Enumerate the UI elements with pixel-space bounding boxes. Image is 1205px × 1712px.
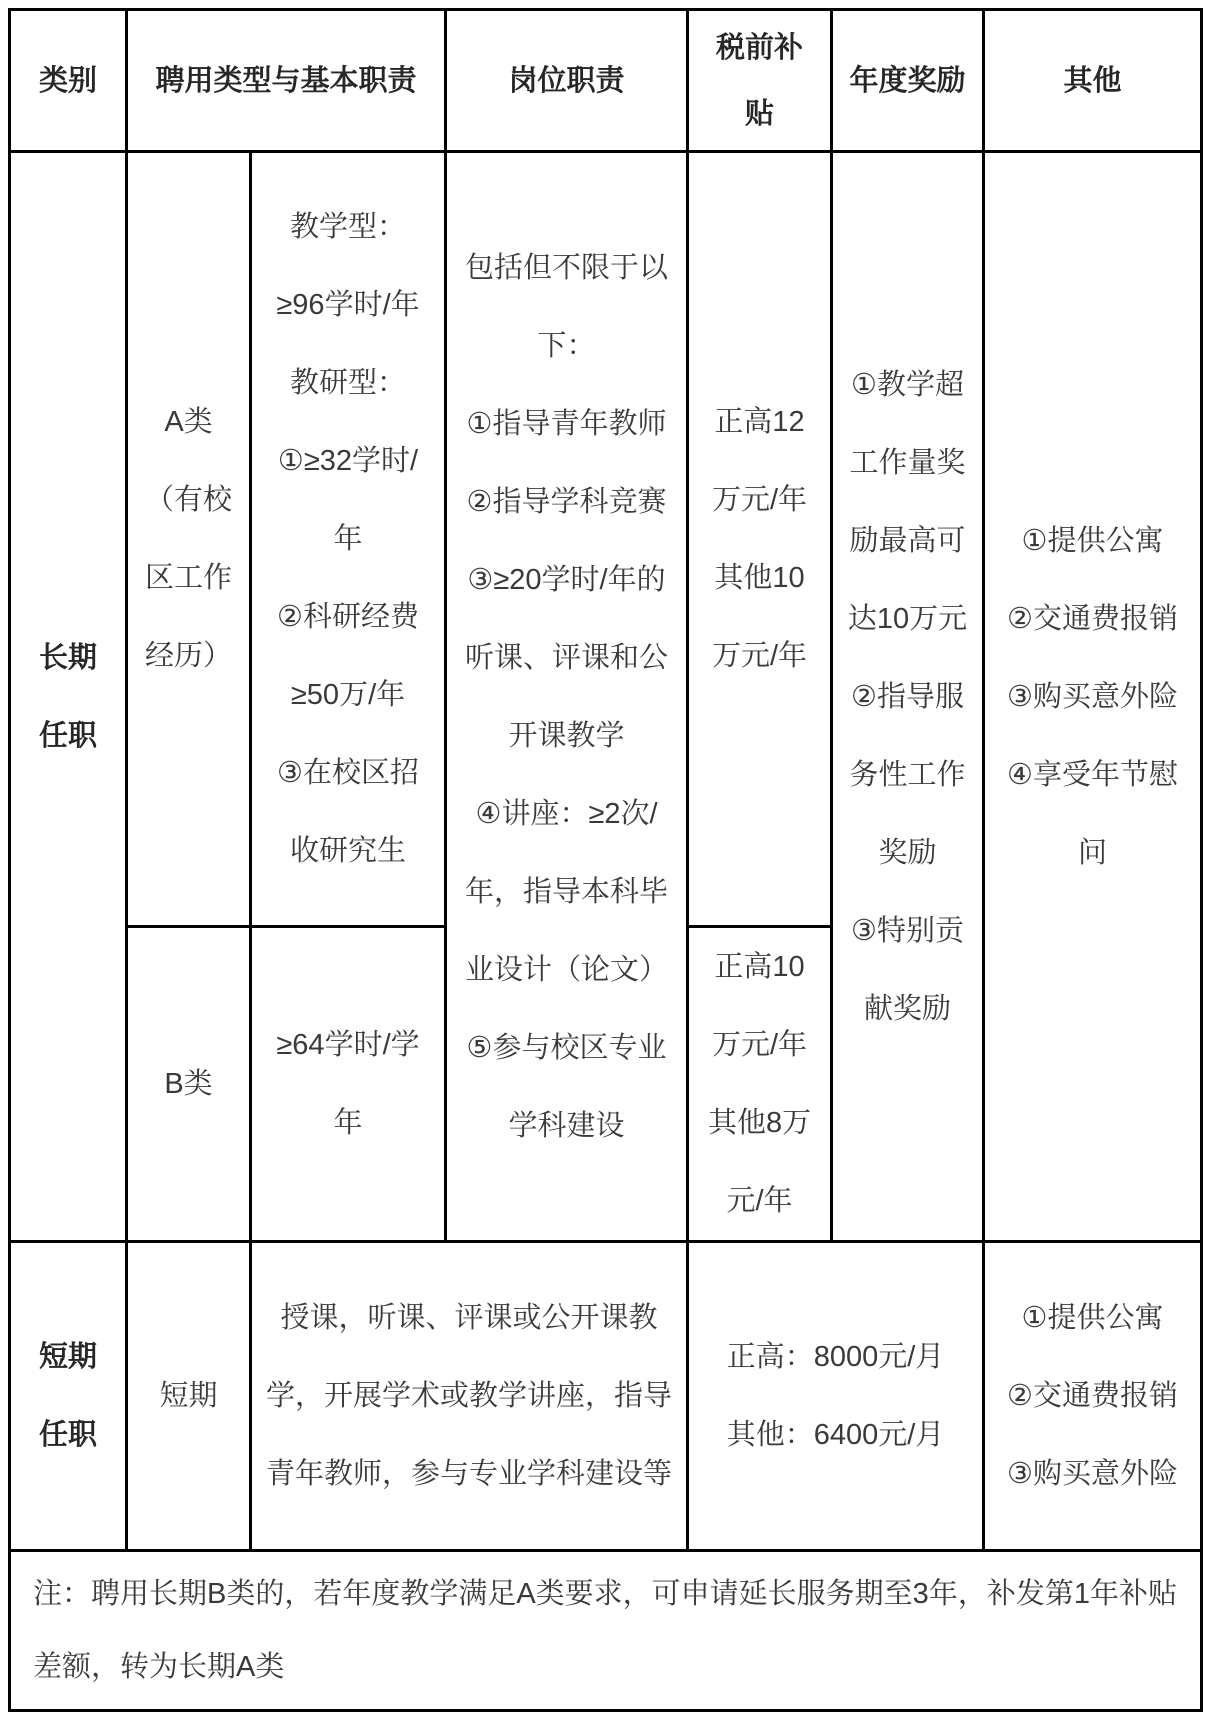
cell-short-term-label: 短期 bbox=[127, 1242, 251, 1551]
paragraph: 正高12万元/年 bbox=[703, 383, 816, 539]
paragraph: ③在校区招收研究生 bbox=[266, 734, 430, 890]
header-type-duty: 聘用类型与基本职责 bbox=[127, 10, 446, 152]
header-subsidy: 税前补贴 bbox=[688, 10, 832, 152]
paragraph: ①教学超工作量奖励最高可达10万元 bbox=[847, 346, 968, 658]
paragraph: ≥96学时/年 bbox=[266, 266, 430, 344]
cell-short-term-post-duty: 授课，听课、评课或公开课教学，开展学术或教学讲座，指导青年教师，参与专业学科建设… bbox=[251, 1242, 688, 1551]
paragraph: 教学型： bbox=[266, 188, 430, 266]
cell-class-b-duties: ≥64学时/学年 bbox=[251, 927, 446, 1242]
paragraph: ④讲座：≥2次/年，指导本科毕业设计（论文） bbox=[461, 775, 672, 1009]
cell-class-a-duties: 教学型：≥96学时/年教研型：①≥32学时/年②科研经费≥50万/年③在校区招收… bbox=[251, 152, 446, 927]
cell-class-b-subsidy: 正高10万元/年其他8万元/年 bbox=[688, 927, 832, 1242]
cell-short-term-other: ①提供公寓②交通费报销③购买意外险 bbox=[984, 1242, 1202, 1551]
paragraph: 正高10万元/年 bbox=[703, 928, 816, 1084]
paragraph: ③购买意外险 bbox=[999, 658, 1186, 736]
cell-class-b-label: B类 bbox=[127, 927, 251, 1242]
note-row: 注：聘用长期B类的，若年度教学满足A类要求，可申请延长服务期至3年，补发第1年补… bbox=[10, 1551, 1202, 1711]
paragraph: 授课，听课、评课或公开课教学，开展学术或教学讲座，指导青年教师，参与专业学科建设… bbox=[266, 1279, 672, 1513]
paragraph: 包括但不限于以下： bbox=[461, 229, 672, 385]
employment-terms-table: 类别 聘用类型与基本职责 岗位职责 税前补贴 年度奖励 其他 长期任职 A类（有… bbox=[8, 8, 1203, 1712]
cell-short-term-category: 短期任职 bbox=[10, 1242, 127, 1551]
cell-short-term-subsidy: 正高：8000元/月其他：6400元/月 bbox=[688, 1242, 984, 1551]
paragraph: 其他8万元/年 bbox=[703, 1084, 816, 1240]
cell-long-term-category: 长期任职 bbox=[10, 152, 127, 1242]
paragraph: 教研型： bbox=[266, 344, 430, 422]
paragraph: ③购买意外险 bbox=[999, 1435, 1186, 1513]
paragraph: ②交通费报销 bbox=[999, 1357, 1186, 1435]
cell-long-term-annual-award: ①教学超工作量奖励最高可达10万元②指导服务性工作奖励③特别贡献奖励 bbox=[832, 152, 984, 1242]
header-category: 类别 bbox=[10, 10, 127, 152]
paragraph: 其他：6400元/月 bbox=[703, 1396, 968, 1474]
cell-long-term-post-duty: 包括但不限于以下：①指导青年教师②指导学科竞赛③≥20学时/年的听课、评课和公开… bbox=[446, 152, 688, 1242]
paragraph: ⑤参与校区专业学科建设 bbox=[461, 1009, 672, 1165]
cell-long-term-other: ①提供公寓②交通费报销③购买意外险④享受年节慰问 bbox=[984, 152, 1202, 1242]
long-term-class-a-row: 长期任职 A类（有校区工作经历） 教学型：≥96学时/年教研型：①≥32学时/年… bbox=[10, 152, 1202, 927]
paragraph: ③≥20学时/年的听课、评课和公开课教学 bbox=[461, 541, 672, 775]
cell-class-a-subsidy: 正高12万元/年其他10万元/年 bbox=[688, 152, 832, 927]
header-post-duty: 岗位职责 bbox=[446, 10, 688, 152]
paragraph: ①指导青年教师 bbox=[461, 385, 672, 463]
table-footnote: 注：聘用长期B类的，若年度教学满足A类要求，可申请延长服务期至3年，补发第1年补… bbox=[10, 1551, 1202, 1711]
paragraph: ②指导服务性工作奖励 bbox=[847, 658, 968, 892]
paragraph: ③特别贡献奖励 bbox=[847, 892, 968, 1048]
header-annual-award: 年度奖励 bbox=[832, 10, 984, 152]
paragraph: 其他10万元/年 bbox=[703, 539, 816, 695]
paragraph: ≥64学时/学年 bbox=[266, 1006, 430, 1162]
cell-class-a-label: A类（有校区工作经历） bbox=[127, 152, 251, 927]
paragraph: ①提供公寓 bbox=[999, 1279, 1186, 1357]
header-row: 类别 聘用类型与基本职责 岗位职责 税前补贴 年度奖励 其他 bbox=[10, 10, 1202, 152]
paragraph: ②交通费报销 bbox=[999, 580, 1186, 658]
paragraph: ①≥32学时/年 bbox=[266, 422, 430, 578]
paragraph: 正高：8000元/月 bbox=[703, 1318, 968, 1396]
header-other: 其他 bbox=[984, 10, 1202, 152]
paragraph: ②指导学科竞赛 bbox=[461, 463, 672, 541]
paragraph: ②科研经费≥50万/年 bbox=[266, 578, 430, 734]
paragraph: ①提供公寓 bbox=[999, 502, 1186, 580]
paragraph: ④享受年节慰问 bbox=[999, 736, 1186, 892]
short-term-row: 短期任职 短期 授课，听课、评课或公开课教学，开展学术或教学讲座，指导青年教师，… bbox=[10, 1242, 1202, 1551]
